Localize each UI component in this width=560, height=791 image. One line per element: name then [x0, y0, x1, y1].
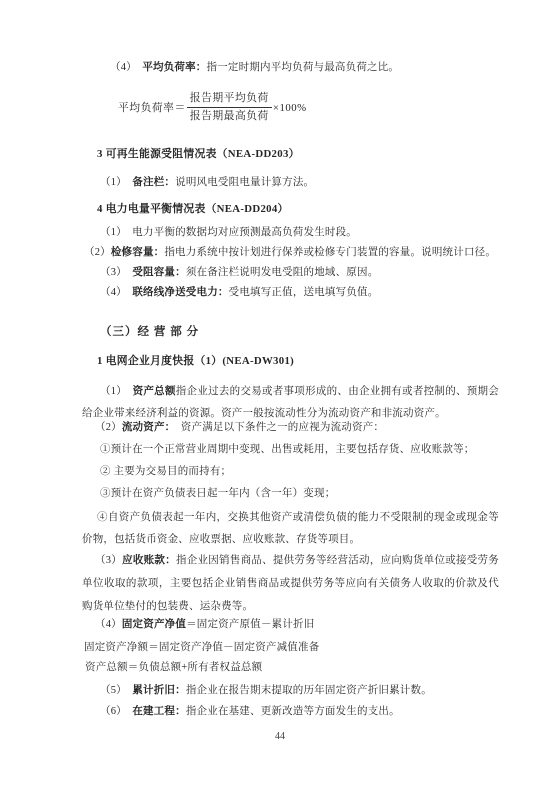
- item-number: （2）: [95, 422, 122, 433]
- item-remarks-column: （1） 备注栏：说明风电受阻电量计算方法。: [100, 176, 314, 190]
- item-text: （1） 电力平衡的数据均对应预测最高负荷发生时段。: [100, 227, 357, 238]
- item-power-balance: （1） 电力平衡的数据均对应预测最高负荷发生时段。: [100, 226, 357, 240]
- formula-fraction: 报告期平均负荷 报告期最高负荷: [187, 90, 272, 125]
- term-bold: 受阻容量：: [132, 267, 186, 278]
- item-number: （1）: [100, 177, 132, 188]
- heading-nea-dw301: 1 电网企业月度快报（1）(NEA-DW301): [97, 354, 294, 368]
- document-page: （4） 平均负荷率：指一定时期内平均负荷与最高负荷之比。 平均负荷率＝ 报告期平…: [0, 0, 560, 791]
- formula-denominator: 报告期最高负荷: [187, 107, 272, 125]
- page-number: 44: [0, 731, 560, 742]
- formula-lhs: 平均负荷率＝: [118, 100, 186, 115]
- term-bold: 备注栏：: [132, 177, 175, 188]
- formula-total-assets: 资产总额＝负债总额+所有者权益总额: [85, 661, 262, 675]
- item-maintenance-capacity: （2）检修容量：指电力系统中按计划进行保养或检修专门装置的容量。说明统计口径。: [84, 246, 496, 260]
- item-tie-line-power: （4） 联络线净送受电力：受电填写正值，送电填写负值。: [100, 286, 378, 300]
- average-load-rate-formula: 平均负荷率＝ 报告期平均负荷 报告期最高负荷 ×100%: [118, 90, 307, 125]
- term-bold: 平均负荷率：: [142, 62, 206, 73]
- term-bold: 检修容量：: [111, 247, 165, 258]
- condition-2: ② 主要为交易目的而持有；: [100, 465, 231, 479]
- term-bold: 流动资产：: [122, 422, 170, 433]
- item-text: 资产满足以下条件之一的应视为流动资产：: [170, 422, 384, 433]
- item-number: （5）: [100, 685, 132, 696]
- item-text: 须在备注栏说明发电受阻的地域、原因。: [186, 267, 379, 278]
- term-bold: 累计折旧：: [132, 685, 186, 696]
- item-fixed-assets-net-value: （4）固定资产净值＝固定资产原值－累计折旧: [95, 618, 314, 632]
- paragraph-accounts-receivable: （3）应收账款：指企业因销售商品、提供劳务等经营活动，应向购货单位或接受劳务单位…: [82, 549, 499, 618]
- item-blocked-capacity: （3） 受阻容量：须在备注栏说明发电受阻的地域、原因。: [100, 266, 378, 280]
- item-number: （4）: [100, 287, 132, 298]
- item-number: （4）: [95, 619, 122, 630]
- condition-1: ①预计在一个正常营业周期中变现、出售或耗用，主要包括存货、应收账款等；: [100, 443, 475, 457]
- item-construction-in-progress: （6） 在建工程：指企业在基建、更新改造等方面发生的支出。: [100, 705, 400, 719]
- term-bold: 应收账款：: [122, 555, 176, 566]
- paragraph-total-assets: （1） 资产总额指企业过去的交易或者事项形成的、由企业拥有或者控制的、预期会给企…: [82, 381, 499, 425]
- item-text: 说明风电受阻电量计算方法。: [175, 177, 314, 188]
- formula-suffix: ×100%: [273, 102, 307, 114]
- item-number: （3）: [100, 267, 132, 278]
- item-text: ＝固定资产原值－累计折旧: [186, 619, 314, 630]
- section-heading-operations: （三）经 营 部 分: [100, 325, 199, 339]
- condition-4: ④自资产负债表起一年内，交换其他资产或清偿负债的能力不受限制的现金或现金等价物，…: [82, 507, 499, 551]
- condition-3: ③预计在资产负债表日起一年内（含一年）变现；: [100, 487, 335, 501]
- item-text: 指电力系统中按计划进行保养或检修专门装置的容量。说明统计口径。: [164, 247, 496, 258]
- term-bold: 联络线净送受电力：: [132, 287, 228, 298]
- term-bold: 资产总额: [133, 386, 176, 397]
- term-bold: 固定资产净值: [122, 619, 186, 630]
- item-number: （3）: [95, 555, 122, 566]
- formula-fixed-assets-net-amount: 固定资产净额＝固定资产净值－固定资产减值准备: [84, 641, 319, 655]
- item-number: （6）: [100, 706, 132, 717]
- term-bold: 在建工程：: [132, 706, 186, 717]
- item-average-load-rate: （4） 平均负荷率：指一定时期内平均负荷与最高负荷之比。: [110, 61, 399, 75]
- item-accumulated-depreciation: （5） 累计折旧：指企业在报告期末提取的历年固定资产折旧累计数。: [100, 684, 432, 698]
- formula-numerator: 报告期平均负荷: [187, 90, 272, 107]
- item-text: 指企业在报告期末提取的历年固定资产折旧累计数。: [186, 685, 432, 696]
- item-number: （2）: [84, 247, 111, 258]
- item-text: 受电填写正值，送电填写负值。: [229, 287, 379, 298]
- heading-nea-dd203: 3 可再生能源受阻情况表（NEA-DD203）: [97, 147, 300, 161]
- item-number: （4）: [110, 62, 142, 73]
- item-number: （1）: [100, 386, 133, 397]
- item-current-assets: （2）流动资产： 资产满足以下条件之一的应视为流动资产：: [95, 421, 384, 435]
- item-text: 指一定时期内平均负荷与最高负荷之比。: [207, 62, 400, 73]
- item-text: 指企业在基建、更新改造等方面发生的支出。: [186, 706, 400, 717]
- heading-nea-dd204: 4 电力电量平衡情况表（NEA-DD204）: [97, 202, 289, 216]
